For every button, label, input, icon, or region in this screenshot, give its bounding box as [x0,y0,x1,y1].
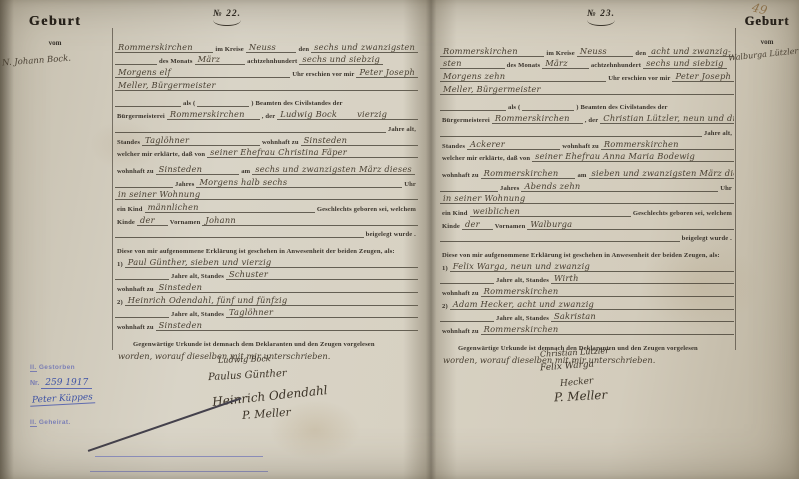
printed-form-text: den [296,46,311,53]
form-line: Jahre alt, [440,124,734,137]
blank-rule-line [593,271,734,272]
stamp-roman-numeral: II. [30,364,37,372]
blank-rule-line [196,52,214,53]
handwritten-entry: März [542,58,571,69]
printed-form-text: Uhr [718,185,734,192]
marginal-note-stamp: II. Gestorben Nr. 259 1917 Peter Küppes … [30,364,170,426]
handwritten-entry: Abends zehn [521,181,583,192]
form-line: des MonatsMärzachtzehnhundertsechs und s… [115,53,418,66]
blank-rule-line [440,191,498,192]
handwritten-entry: Sakristan [551,311,599,322]
blank-rule-line [599,321,734,322]
signature: Christian Lützler [540,346,609,359]
printed-form-text: des Monats [505,62,543,69]
printed-form-text: welcher mir erklärte, daß von [440,155,532,162]
right-margin-header: Geburt vom [738,14,796,46]
form-line: Jahre alt, [115,120,418,133]
handwritten-entry: Ludwig Bock [277,109,340,120]
handwritten-entry: vierzig [354,109,390,120]
printed-form-text: ein Kind [440,210,470,217]
left-margin-rule [112,28,113,350]
printed-form-text: den [633,50,648,57]
blank-rule-line [203,199,418,200]
signature: Felix Warga [540,359,610,374]
blank-rule-line [610,56,634,57]
handwritten-entry: Meller, Bürgermeister [440,84,544,95]
printed-form-text: als ( [506,104,522,111]
blank-rule-line [440,321,494,322]
blank-rule-line [205,174,239,175]
signature: Ludwig Bock [218,352,328,365]
printed-form-text: wohnhaft zu [115,324,156,331]
form-line: als () Beamten des Civilstandes der [440,99,734,112]
printed-form-text: im Kreise [213,46,246,53]
form-line: Gegenwärtige Urkunde ist demnach dem Dek… [115,335,418,348]
form-line: StandesTaglöhnerwohnhaft zuSinsteden [115,133,418,146]
form-line: Meller, Bürgermeister [115,78,418,91]
form-line: welcher mir erklärte, daß vonseiner Ehef… [115,146,418,159]
blank-rule-line [279,52,297,53]
stamp-rule-line [90,471,268,472]
printed-form-text: Jahre alt, Standes [494,315,551,322]
blank-rule-line [271,279,418,280]
printed-form-text: Jahres [173,181,196,188]
form-line: Jahre alt, StandesSchuster [115,268,418,281]
stamp-rule-line [95,456,263,457]
printed-form-text: am [239,168,252,175]
handwritten-entry: Johann [202,215,239,226]
blank-rule-line [219,90,418,91]
printed-form-text: Standes [440,143,467,150]
handwritten-entry: Adam Hecker, acht und zwanzig [450,299,597,310]
form-line: wohnhaft zuRommerskirchen [440,322,734,335]
handwritten-entry: Rommerskirchen [167,109,248,120]
handwritten-entry: sechs und siebzig [643,58,727,69]
blank-rule-line [508,81,606,82]
blank-rule-line [205,330,418,331]
right-geburt-title: Geburt [738,14,796,29]
printed-form-text: Jahre alt, Standes [169,311,226,318]
printed-form-text: wohnhaft zu [115,168,156,175]
blank-rule-line [115,132,386,133]
blank-rule-line [522,110,574,111]
printed-form-text: Kinde [440,223,462,230]
blank-rule-line [440,136,702,137]
form-line: BürgermeistereiRommerskirchen, derLudwig… [115,107,418,120]
form-line: Morgens zehnUhr erschien vor mirPeter Jo… [440,69,734,82]
printed-form-text: beigelegt wurde . [680,235,734,242]
blank-rule-line [115,187,173,188]
flourish-ornament [213,20,241,26]
blank-rule-line [528,203,734,204]
form-line: Morgens elfUhr erschien vor mirPeter Jos… [115,65,418,78]
form-line: wohnhaft zuSinstedenamsechs und zwanzigs… [115,162,418,175]
form-line: Meller, Bürgermeister [440,82,734,95]
handwritten-entry: Rommerskirchen [440,46,521,57]
handwritten-entry: männlichen [145,202,202,213]
right-form-body: Rommerskirchenim KreiseNeussdenacht und … [440,44,734,365]
form-line: welcher mir erklärte, daß vonseiner Ehef… [440,150,734,163]
blank-rule-line [544,94,734,95]
printed-form-text: des Monats [157,58,195,65]
scanned-birth-register-spread: Geburt vom N. Johann Bock. № 22. Rommers… [0,0,799,479]
handwritten-entry: weiblichen [470,206,524,217]
printed-form-text: Vornamen [168,219,203,226]
blank-rule-line [115,279,169,280]
handwritten-entry: seiner Ehefrau Christina Fäper [207,147,350,158]
form-line: beigelegt wurde . [115,226,418,239]
left-entry-number: № 22. [182,9,272,26]
blank-rule-line [523,216,631,217]
blank-rule-line [483,229,493,230]
form-line: KindederVornamenJohann [115,213,418,226]
left-signatures: Ludwig BockPaulus GüntherHeinrich Odenda… [200,354,328,419]
handwritten-entry: Sinsteden [156,164,206,175]
handwritten-entry: sieben und zwanzigsten März dieses [589,168,734,179]
printed-form-text: Gegenwärtige Urkunde ist demnach dem Dek… [131,341,377,348]
handwritten-entry: Felix Warga, neun und zwanzig [450,261,593,272]
handwritten-entry: sechs und zwanzigsten März dieses [252,164,415,175]
printed-form-text: , der [583,117,601,124]
handwritten-entry: Meller, Bürgermeister [115,80,219,91]
form-line: wohnhaft zuSinsteden [115,280,418,293]
form-line: 1)Paul Günther, sieben und vierzig [115,255,418,268]
form-line: beigelegt wurde . [440,230,734,243]
printed-form-text: ) Beamten des Civilstandes der [574,104,669,111]
blank-rule-line [239,225,418,226]
flourish-ornament [587,20,615,26]
printed-form-text: Uhr erschien vor mir [290,71,356,78]
blank-rule-line [561,334,734,335]
form-line: BürgermeistereiRommerskirchen, derChrist… [440,111,734,124]
form-line: 1)Felix Warga, neun und zwanzig [440,259,734,272]
left-form-body: Rommerskirchenim KreiseNeussdensechs und… [115,40,418,361]
printed-form-text: ) Beamten des Civilstandes der [249,100,344,107]
blank-rule-line [340,119,354,120]
left-vom-label: vom [4,39,106,47]
form-line: wohnhaft zuRommerskirchen [440,284,734,297]
left-geburt-title: Geburt [4,14,106,30]
blank-rule-line [290,187,402,188]
printed-form-text: Bürgermeisterei [440,117,492,124]
printed-form-text: 2) [440,303,450,310]
printed-form-text: im Kreise [544,50,577,57]
printed-form-text: , der [260,113,278,120]
handwritten-entry: acht und zwanzig- [648,46,734,57]
form-line: Jahre alt, StandesTaglöhner [115,306,418,319]
blank-rule-line [582,283,734,284]
handwritten-entry: Morgens halb sechs [196,177,290,188]
printed-form-text: 1) [115,261,125,268]
handwritten-entry: Ackerer [467,139,508,150]
blank-rule-line [223,64,245,65]
stamp-married-row: II. Geheirat. [30,419,170,426]
printed-form-text: Vornamen [493,223,528,230]
handwritten-entry: sechs und zwanzigsten [311,42,418,53]
blank-rule-line [290,305,418,306]
handwritten-entry: Sinsteden [156,320,206,331]
blank-rule-line [698,161,734,162]
printed-form-text: wohnhaft zu [440,172,481,179]
handwritten-entry: Rommerskirchen [115,42,196,53]
printed-form-text: Geschlechts geboren sei, welchem [631,210,734,217]
stamp-registrar-name: Peter Küppes [30,392,95,406]
blank-rule-line [115,106,181,107]
right-signatures: Christian LützlerFelix WargaHeckerP. Mel… [540,348,609,403]
signature: Paulus Günther [208,366,328,383]
handwritten-entry: seiner Ehefrau Anna Maria Bodewig [532,151,698,162]
form-line: KindederVornamenWalburga [440,217,734,230]
printed-form-text: wohnhaft zu [115,286,156,293]
form-line: JahresMorgens halb sechsUhr [115,175,418,188]
printed-form-text: Kinde [115,219,137,226]
printed-form-text: Jahre alt, [702,130,734,137]
handwritten-entry: sten [440,58,465,69]
signature: P. Meller [242,403,328,422]
form-line: wohnhaft zuSinsteden [115,318,418,331]
form-line: ein KindweiblichenGeschlechts geboren se… [440,204,734,217]
printed-form-text: Jahres [498,185,521,192]
printed-form-text: am [575,172,588,179]
printed-form-text: Bürgermeisterei [115,113,167,120]
form-line: in seiner Wohnung [115,188,418,201]
blank-rule-line [575,229,734,230]
handwritten-entry: der [137,215,158,226]
printed-form-text: Jahre alt, Standes [494,277,551,284]
blank-rule-line [115,64,157,65]
form-line: ein KindmännlichenGeschlechts geboren se… [115,200,418,213]
form-line: 2)Heinrich Odendahl, fünf und fünfzig [115,293,418,306]
handwritten-entry: Morgens zehn [440,71,508,82]
printed-form-text: wohnhaft zu [440,290,481,297]
form-line: stendes MonatsMärzachtzehnhundertsechs u… [440,57,734,70]
blank-rule-line [597,309,734,310]
signature: P. Meller [554,388,610,405]
handwritten-entry: Paul Günther, sieben und vierzig [125,257,275,268]
handwritten-entry: sechs und siebzig [299,54,383,65]
blank-rule-line [197,106,249,107]
blank-rule-line [440,283,494,284]
printed-form-text: wohnhaft zu [560,143,601,150]
printed-form-text: achtzehnhundert [245,58,299,65]
printed-form-text: Standes [115,139,142,146]
form-line: wohnhaft zuRommerskirchenamsieben und zw… [440,166,734,179]
blank-rule-line [440,110,506,111]
handwritten-entry: Taglöhner [142,135,192,146]
form-line: JahresAbends zehnUhr [440,179,734,192]
blank-rule-line [276,317,418,318]
form-line: Rommerskirchenim KreiseNeussdenacht und … [440,44,734,57]
printed-form-text: wohnhaft zu [260,139,301,146]
handwritten-entry: März [195,54,224,65]
blank-rule-line [440,241,680,242]
right-vom-label: vom [738,38,796,46]
printed-form-text: als ( [181,100,197,107]
form-line: Jahre alt, StandesSakristan [440,310,734,323]
blank-rule-line [682,149,734,150]
handwritten-entry: Neuss [246,42,279,53]
printed-form-text: 2) [115,299,125,306]
handwritten-entry: Morgens elf [115,67,174,78]
printed-form-text: Uhr erschien vor mir [606,75,672,82]
left-margin-header: Geburt vom [4,14,106,47]
blank-rule-line [115,317,169,318]
form-line: in seiner Wohnung [440,192,734,205]
form-line: Diese von mir aufgenommene Erklärung ist… [115,242,418,255]
blank-rule-line [561,178,575,179]
stamp-roman-numeral: II. [30,419,37,427]
blank-rule-line [561,296,734,297]
handwritten-entry: Wirth [551,273,582,284]
blank-rule-line [274,267,418,268]
printed-form-text: welcher mir erklärte, daß von [115,151,207,158]
handwritten-entry: Heinrich Odendahl, fünf und fünfzig [125,295,291,306]
printed-form-text: ein Kind [115,206,145,213]
handwritten-entry: Neuss [577,46,610,57]
printed-form-text: Diese von mir aufgenommene Erklärung ist… [115,248,397,255]
stamp-nr-label: Nr. [30,380,39,387]
right-margin-child-name: Walburga Lützler [728,46,799,62]
printed-form-text: achtzehnhundert [589,62,643,69]
blank-rule-line [248,119,260,120]
handwritten-entry: Walburga [527,219,575,230]
form-line: 2)Adam Hecker, acht und zwanzig [440,297,734,310]
right-entry-number: № 23. [556,9,646,26]
blank-rule-line [508,149,560,150]
photo-left-edge-shadow [0,0,14,479]
form-line: Diese von mir aufgenommene Erklärung ist… [440,246,734,259]
blank-rule-line [202,212,315,213]
blank-rule-line [465,68,505,69]
handwritten-entry: Rommerskirchen [601,139,682,150]
form-line: StandesAckererwohnhaft zuRommerskirchen [440,137,734,150]
handwritten-entry: Rommerskirchen [492,113,573,124]
blank-rule-line [521,56,545,57]
stamp-died-row: II. Gestorben [30,364,170,371]
printed-form-text: Diese von mir aufgenommene Erklärung ist… [440,252,722,259]
handwritten-entry: Rommerskirchen [481,324,562,335]
blank-rule-line [174,77,290,78]
handwritten-entry: der [462,219,483,230]
handwritten-entry: Schuster [226,269,271,280]
handwritten-entry: Rommerskirchen [481,168,562,179]
blank-rule-line [573,123,583,124]
stamp-died-label: Gestorben [39,364,75,371]
handwritten-entry: Sinsteden [156,282,206,293]
blank-rule-line [192,145,260,146]
blank-rule-line [158,225,168,226]
blank-rule-line [115,237,364,238]
handwritten-entry: in seiner Wohnung [115,189,203,200]
handwritten-entry: Christian Lützler, neun und dreißig [600,113,734,124]
handwritten-entry: Sinsteden [301,135,351,146]
handwritten-entry: Taglöhner [226,307,276,318]
printed-form-text: Jahre alt, Standes [169,273,226,280]
printed-form-text: 1) [440,265,450,272]
handwritten-entry: in seiner Wohnung [440,193,528,204]
blank-rule-line [205,292,418,293]
form-line: Rommerskirchenim KreiseNeussdensechs und… [115,40,418,53]
stamp-number-row: Nr. 259 1917 [30,378,170,388]
form-line: als () Beamten des Civilstandes der [115,95,418,108]
handwritten-entry: Peter Joseph [672,71,734,82]
right-margin-rule [735,28,736,350]
blank-rule-line [571,68,589,69]
stamp-married-label: Geheirat. [39,419,71,426]
blank-rule-line [583,191,718,192]
printed-form-text: wohnhaft zu [440,328,481,335]
handwritten-entry: Rommerskirchen [481,286,562,297]
form-line: Jahre alt, StandesWirth [440,272,734,285]
